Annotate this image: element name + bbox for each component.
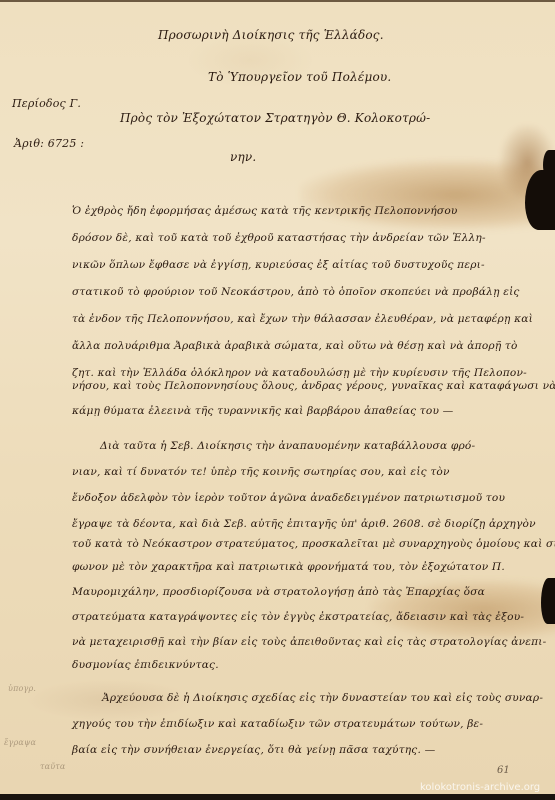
margin-number: Ἀριθ: 6725 : xyxy=(14,137,84,150)
paragraph-2-line: τοῦ κατὰ τὸ Νεόκαστρον στρατεύματος, προ… xyxy=(72,538,555,550)
paragraph-2-line: νὰ μεταχειρισθῇ καὶ τὴν βίαν εἰς τοὺς ἀπ… xyxy=(72,636,546,648)
addressee-continuation: νην. xyxy=(230,150,256,164)
paragraph-1-line: κάμῃ θύματα ἐλεεινὰ τῆς τυραννικῆς καὶ β… xyxy=(72,405,453,417)
paragraph-2-line: ἔνδοξον ἀδελφὸν τὸν ἱερὸν τοῦτον ἀγῶνα ἀ… xyxy=(72,492,505,504)
paragraph-1-line: ζητ. καὶ τὴν Ἑλλάδα ὁλόκληρον νὰ καταδου… xyxy=(72,367,527,379)
paragraph-1-line: δρόσον δὲ, καὶ τοῦ κατὰ τοῦ ἐχθροῦ κατασ… xyxy=(72,232,486,244)
header-ministry: Τὸ Ὑπουργεῖον τοῦ Πολέμου. xyxy=(208,70,391,84)
page-number: 61 xyxy=(497,765,510,776)
paragraph-2-line: στρατεύματα καταγράψοντες εἰς τὸν ἐγγὺς … xyxy=(72,611,524,623)
paragraph-3-line: Ἀρχεύουσα δὲ ἡ Διοίκησις σχεδίας εἰς τὴν… xyxy=(102,692,543,704)
header-government: Προσωρινὴ Διοίκησις τῆς Ἑλλάδος. xyxy=(158,28,384,42)
torn-edge-middle xyxy=(541,578,555,624)
page-top-edge xyxy=(0,0,555,2)
paragraph-1-line: νήσου, καὶ τοὺς Πελοποννησίους ὅλους, ἀν… xyxy=(72,380,555,392)
archive-watermark: kolokotronis-archive.org xyxy=(420,782,540,793)
paragraph-1-line: τὰ ἐνδον τῆς Πελοποννήσου, καὶ ἔχων τὴν … xyxy=(72,313,533,325)
faint-margin-mark: ὑπογρ. xyxy=(8,684,36,693)
paragraph-3-line: βαία εἰς τὴν συνήθειαν ἐνεργείας, ὅτι θὰ… xyxy=(72,744,435,756)
page-bottom-edge xyxy=(0,794,555,800)
faint-margin-mark: ἔγραψα xyxy=(4,738,36,747)
paragraph-2-line: φωνον μὲ τὸν χαρακτῆρα καὶ πατριωτικὰ φρ… xyxy=(72,561,505,573)
paragraph-2-line: νιαν, καὶ τί δυνατόν τε! ὑπὲρ τῆς κοινῆς… xyxy=(72,466,450,478)
torn-edge-upper xyxy=(525,170,555,230)
paragraph-1-line: στατικοῦ τὸ φρούριον τοῦ Νεοκάστρου, ἀπὸ… xyxy=(72,286,520,298)
paragraph-1-line: νικῶν ὅπλων ἔφθασε νὰ ἐγγίσῃ, κυριεύσας … xyxy=(72,259,485,271)
paragraph-2-line: Διὰ ταῦτα ἡ Σεβ. Διοίκησις τὴν ἀναπαυομέ… xyxy=(100,440,475,452)
addressee-line: Πρὸς τὸν Ἐξοχώτατον Στρατηγὸν Θ. Κολοκοτ… xyxy=(120,111,430,125)
paragraph-2-line: Μαυρομιχάλην, προσδιορίζουσα νὰ στρατολο… xyxy=(72,586,485,598)
paragraph-2-line: δυσμονίας ἐπιδεικνύντας. xyxy=(72,659,219,671)
margin-period: Περίοδος Γ. xyxy=(12,97,81,110)
faint-margin-mark: ταῦτα xyxy=(40,762,66,771)
paragraph-1-line: ἄλλα πολυάριθμα Ἀραβικὰ ἀραβικὰ σώματα, … xyxy=(72,340,518,352)
paragraph-1-line: Ὁ ἐχθρὸς ἤδη ἐφορμήσας ἀμέσως κατὰ τῆς κ… xyxy=(72,205,458,217)
manuscript-page: Προσωρινὴ Διοίκησις τῆς Ἑλλάδος. Τὸ Ὑπου… xyxy=(0,0,555,794)
paragraph-3-line: χηγούς του τὴν ἐπιδίωξιν καὶ καταδίωξιν … xyxy=(72,718,483,730)
paragraph-2-line: ἔγραψε τὰ δέοντα, καὶ διὰ Σεβ. αὐτῆς ἐπι… xyxy=(72,518,536,530)
